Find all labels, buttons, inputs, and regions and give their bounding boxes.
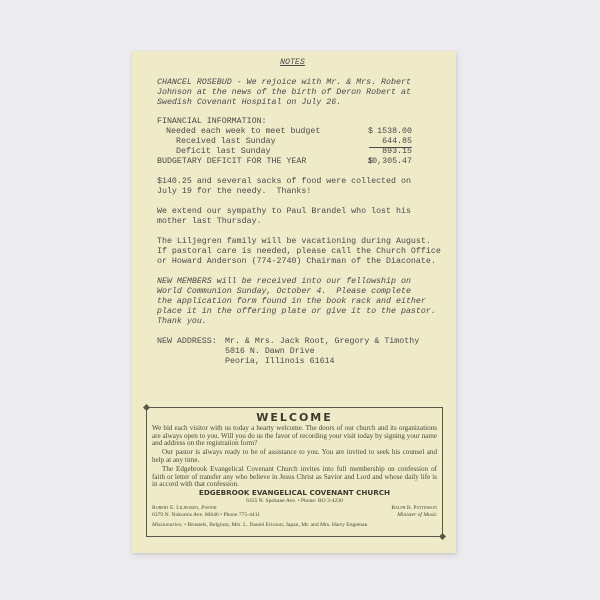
welcome-paragraph: We bid each visitor with us today a hear… <box>152 425 437 448</box>
new-address-label: NEW ADDRESS: <box>157 337 217 347</box>
music-minister-title: Minister of Music <box>397 512 437 519</box>
financial-amount: 1538.00 <box>377 127 412 137</box>
financial-amount: 10,305.47 <box>367 157 412 167</box>
pastor-name: Robert E. Liljegren, Pastor <box>152 505 216 512</box>
welcome-paragraph: Our pastor is always ready to be of assi… <box>152 449 437 464</box>
financial-label: Needed each week to meet budget <box>166 127 320 137</box>
bulletin-page: NOTES CHANCEL ROSEBUD - We rejoice with … <box>132 51 456 553</box>
music-minister-name: Ralph B. Patterson <box>391 505 437 512</box>
notes-title: NOTES <box>280 58 305 68</box>
financial-amount: 893.15 <box>382 147 412 157</box>
financial-label: Received last Sunday <box>176 137 276 147</box>
financial-label: Deficit last Sunday <box>176 147 271 157</box>
financial-heading: FINANCIAL INFORMATION: <box>157 117 267 127</box>
welcome-box: WELCOME We bid each visitor with us toda… <box>146 407 443 537</box>
church-name: EDGEBROOK EVANGELICAL COVENANT CHURCH <box>147 488 442 497</box>
missionaries: Missionaries: • Brussels, Belgium, Mrs. … <box>152 522 367 529</box>
welcome-title: WELCOME <box>147 411 442 424</box>
pastor-address: 6379 N. Nokomis Ave. 60646 • Phone 775-4… <box>152 512 260 519</box>
church-address: 6355 N. Spokane Ave. • Phone: RO 3-4230 <box>147 498 442 505</box>
welcome-paragraph: The Edgebrook Evangelical Covenant Churc… <box>152 466 437 489</box>
financial-label: BUDGETARY DEFICIT FOR THE YEAR <box>157 157 306 167</box>
financial-currency: $ <box>368 127 373 137</box>
financial-amount: 644.85 <box>382 137 412 147</box>
